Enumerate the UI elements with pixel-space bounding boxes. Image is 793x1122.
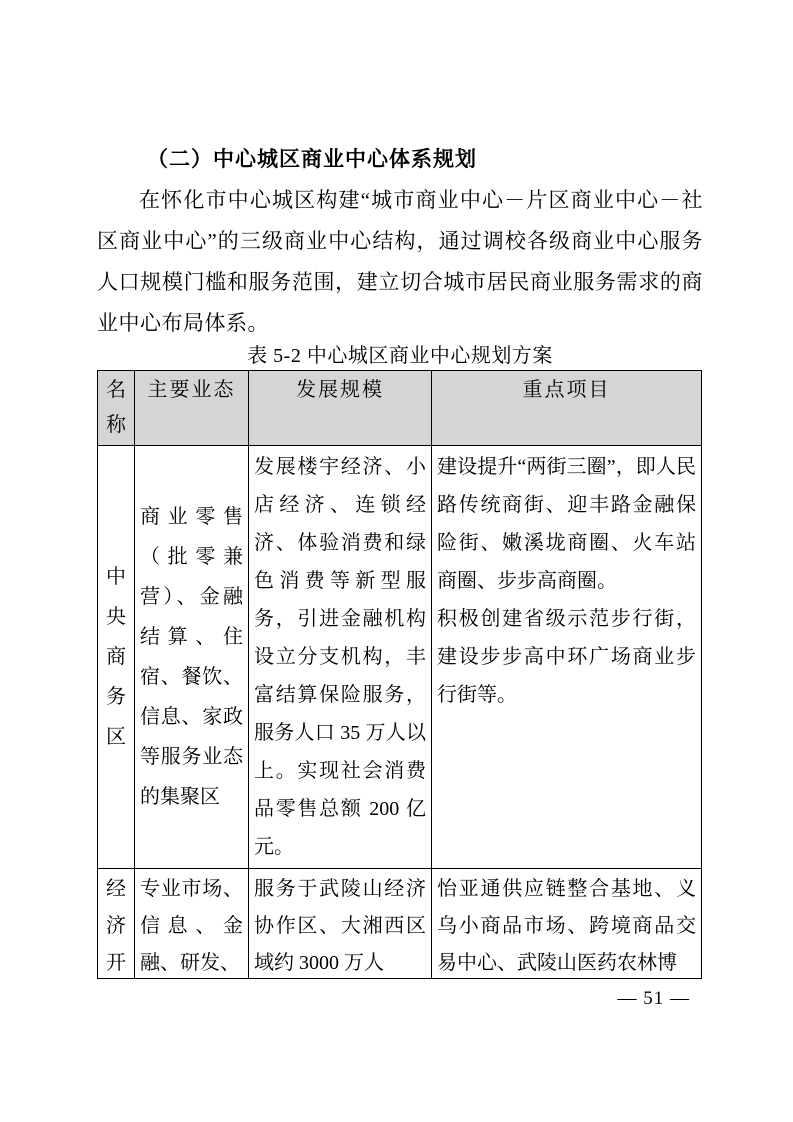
table-caption: 表 5-2 中心城区商业中心规划方案 — [97, 344, 703, 368]
section-heading: （二）中心城区商业中心体系规划 — [97, 146, 703, 172]
document-page: （二）中心城区商业中心体系规划 在怀化市中心城区构建“城市商业中心－片区商业中心… — [0, 0, 793, 1122]
column-header-name: 名称 — [98, 371, 135, 446]
table-row-economic-zone: 经济开 专业市场、信息、金融、研发、 服务于武陵山经济协作区、大湘西区域约 30… — [98, 869, 702, 979]
body-paragraph: 在怀化市中心城区构建“城市商业中心－片区商业中心－社区商业中心”的三级商业中心结… — [97, 180, 703, 344]
cell-ez-scale: 服务于武陵山经济协作区、大湘西区域约 3000 万人 — [249, 869, 432, 979]
cell-cbd-name: 中央商务区 — [98, 446, 135, 869]
planning-table: 名称 主要业态 发展规模 重点项目 中央商务区 商业零售（批零兼营）、金融结算、… — [97, 370, 702, 979]
table-row-cbd: 中央商务区 商业零售（批零兼营）、金融结算、住宿、餐饮、信息、家政等服务业态的集… — [98, 446, 702, 869]
cell-cbd-scale: 发展楼宇经济、小店经济、连锁经济、体验消费和绿色消费等新型服务，引进金融机构设立… — [249, 446, 432, 869]
column-header-scale: 发展规模 — [249, 371, 432, 446]
page-number: — 51 — — [618, 988, 691, 1010]
cell-ez-name: 经济开 — [98, 869, 135, 979]
column-header-projects: 重点项目 — [432, 371, 702, 446]
cell-cbd-business: 商业零售（批零兼营）、金融结算、住宿、餐饮、信息、家政等服务业态的集聚区 — [135, 446, 249, 869]
cell-ez-projects: 怡亚通供应链整合基地、义乌小商品市场、跨境商品交易中心、武陵山医药农林博 — [432, 869, 702, 979]
page-content: （二）中心城区商业中心体系规划 在怀化市中心城区构建“城市商业中心－片区商业中心… — [97, 146, 703, 979]
column-header-business: 主要业态 — [135, 371, 249, 446]
cell-ez-business: 专业市场、信息、金融、研发、 — [135, 869, 249, 979]
table-header-row: 名称 主要业态 发展规模 重点项目 — [98, 371, 702, 446]
cell-cbd-projects: 建设提升“两街三圈”，即人民路传统商街、迎丰路金融保险街、嫩溪垅商圈、火车站商圈… — [432, 446, 702, 869]
